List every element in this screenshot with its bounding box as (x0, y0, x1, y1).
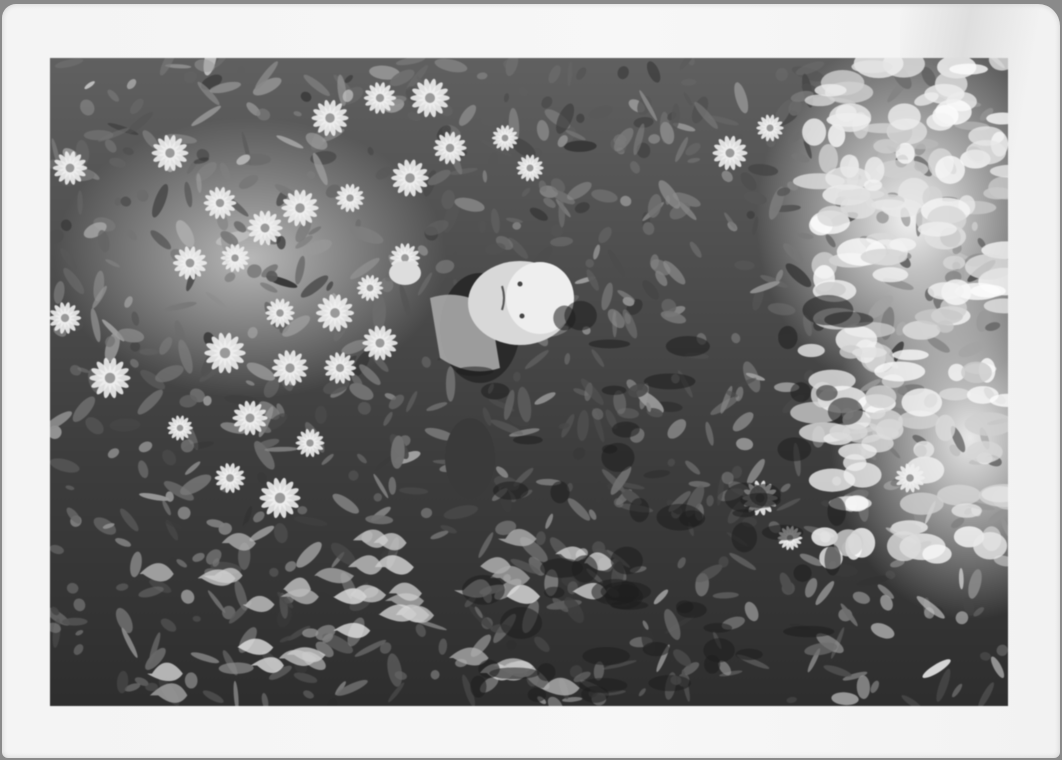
photograph (50, 58, 1008, 706)
garden-scene (50, 58, 1008, 706)
